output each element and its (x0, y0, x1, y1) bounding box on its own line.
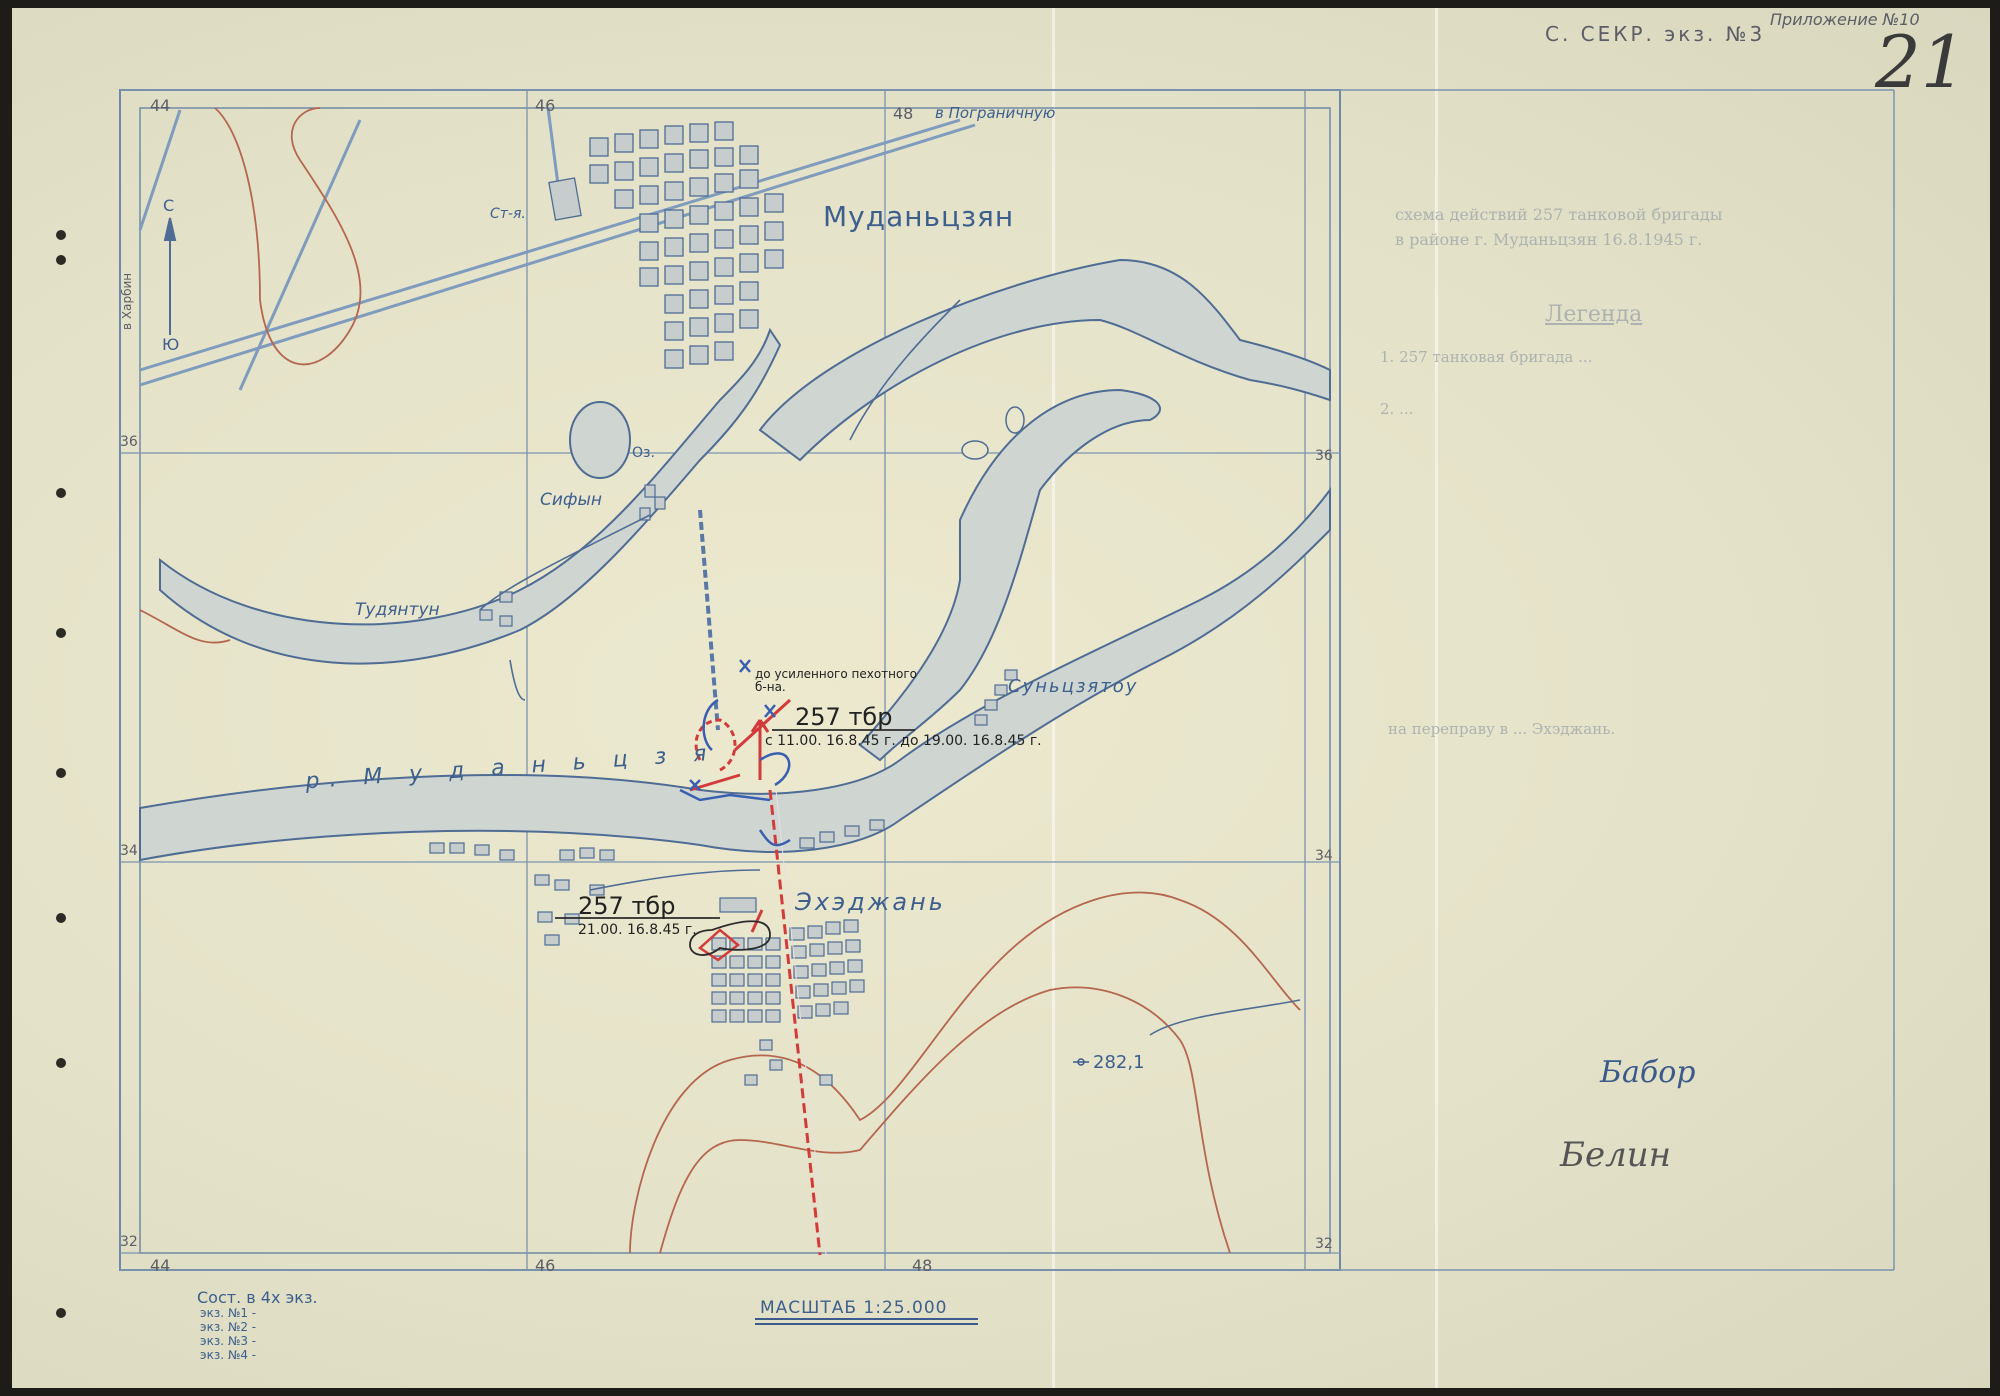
town-label-ehedzhan: Эхэджань (795, 888, 946, 916)
legend-faded-line: схема действий 257 танковой бригады (1395, 205, 1723, 224)
elevation-label: 282,1 (1093, 1052, 1145, 1073)
signature-2: Белин (1560, 1135, 1671, 1175)
grid-label-bottom-44: 44 (150, 1256, 170, 1275)
elevation-marker-icon (1073, 1059, 1089, 1065)
unit-time-south: 21.00. 16.8.45 г. (578, 922, 697, 938)
copy-3: экз. №3 - (200, 1334, 256, 1348)
copy-1: экз. №1 - (200, 1306, 256, 1320)
map-scale: МАСШТАБ 1:25.000 (760, 1298, 947, 1318)
margin-note: в Харбин (120, 273, 134, 330)
grid-label-top-46: 46 (535, 96, 555, 115)
unit-objective-note: до усиленного пехотного б-на. (755, 668, 925, 694)
scale-underline (755, 1319, 978, 1324)
town-blocks (712, 898, 864, 1085)
village-label-sifyn: Сифын (540, 490, 602, 510)
copy-2: экз. №2 - (200, 1320, 256, 1334)
legend-faded-line: 2. ... (1380, 400, 1413, 418)
copies-title: Сост. в 4х экз. (197, 1288, 318, 1307)
north-arrow-icon (165, 218, 175, 335)
grid-label-right-34: 34 (1315, 848, 1333, 864)
grid-label-left-32: 32 (120, 1234, 138, 1250)
grid-label-top-48: 48 (893, 104, 913, 123)
north-letter: С (163, 196, 174, 215)
village-label-tudyantun: Тудянтун (355, 600, 440, 620)
grid-label-right-36: 36 (1315, 448, 1333, 464)
legend-faded-line: 1. 257 танковая бригада ... (1380, 348, 1592, 366)
city-label-mudanjiang: Муданьцзян (823, 200, 1014, 233)
railway-north (700, 510, 718, 730)
legend-faded-line: в районе г. Муданьцзян 16.8.1945 г. (1395, 230, 1702, 249)
copy-4: экз. №4 - (200, 1348, 256, 1362)
page-number: 21 (1875, 20, 1967, 104)
signature-1: Бабор (1600, 1055, 1696, 1090)
legend-title: Легенда (1545, 302, 1642, 327)
grid-label-bottom-48: 48 (912, 1256, 932, 1275)
city-blocks (549, 122, 783, 368)
grid-label-right-32: 32 (1315, 1236, 1333, 1252)
unit-label-south: 257 тбр (578, 892, 675, 920)
grid-label-left-36: 36 (120, 434, 138, 450)
station-label: Ст-я. (490, 206, 526, 222)
railway (140, 108, 975, 390)
unit-time-north: с 11.00. 16.8.45 г. до 19.00. 16.8.45 г. (765, 733, 1042, 749)
road-direction-note: в Пограничную (935, 104, 1055, 122)
grid-label-left-34: 34 (120, 843, 138, 859)
south-letter: Ю (162, 335, 179, 354)
secret-stamp: С. СЕКР. экз. №3 (1545, 22, 1765, 46)
legend-faded-line: на переправу в ... Эхэджань. (1388, 720, 1615, 738)
unit-label-north: 257 тбр (795, 703, 892, 731)
village-label-sunjiatou: Суньцзятоу (1008, 676, 1138, 697)
lake-label: Оз. (632, 445, 655, 461)
grid-label-bottom-46: 46 (535, 1256, 555, 1275)
grid-label-top-44: 44 (150, 96, 170, 115)
